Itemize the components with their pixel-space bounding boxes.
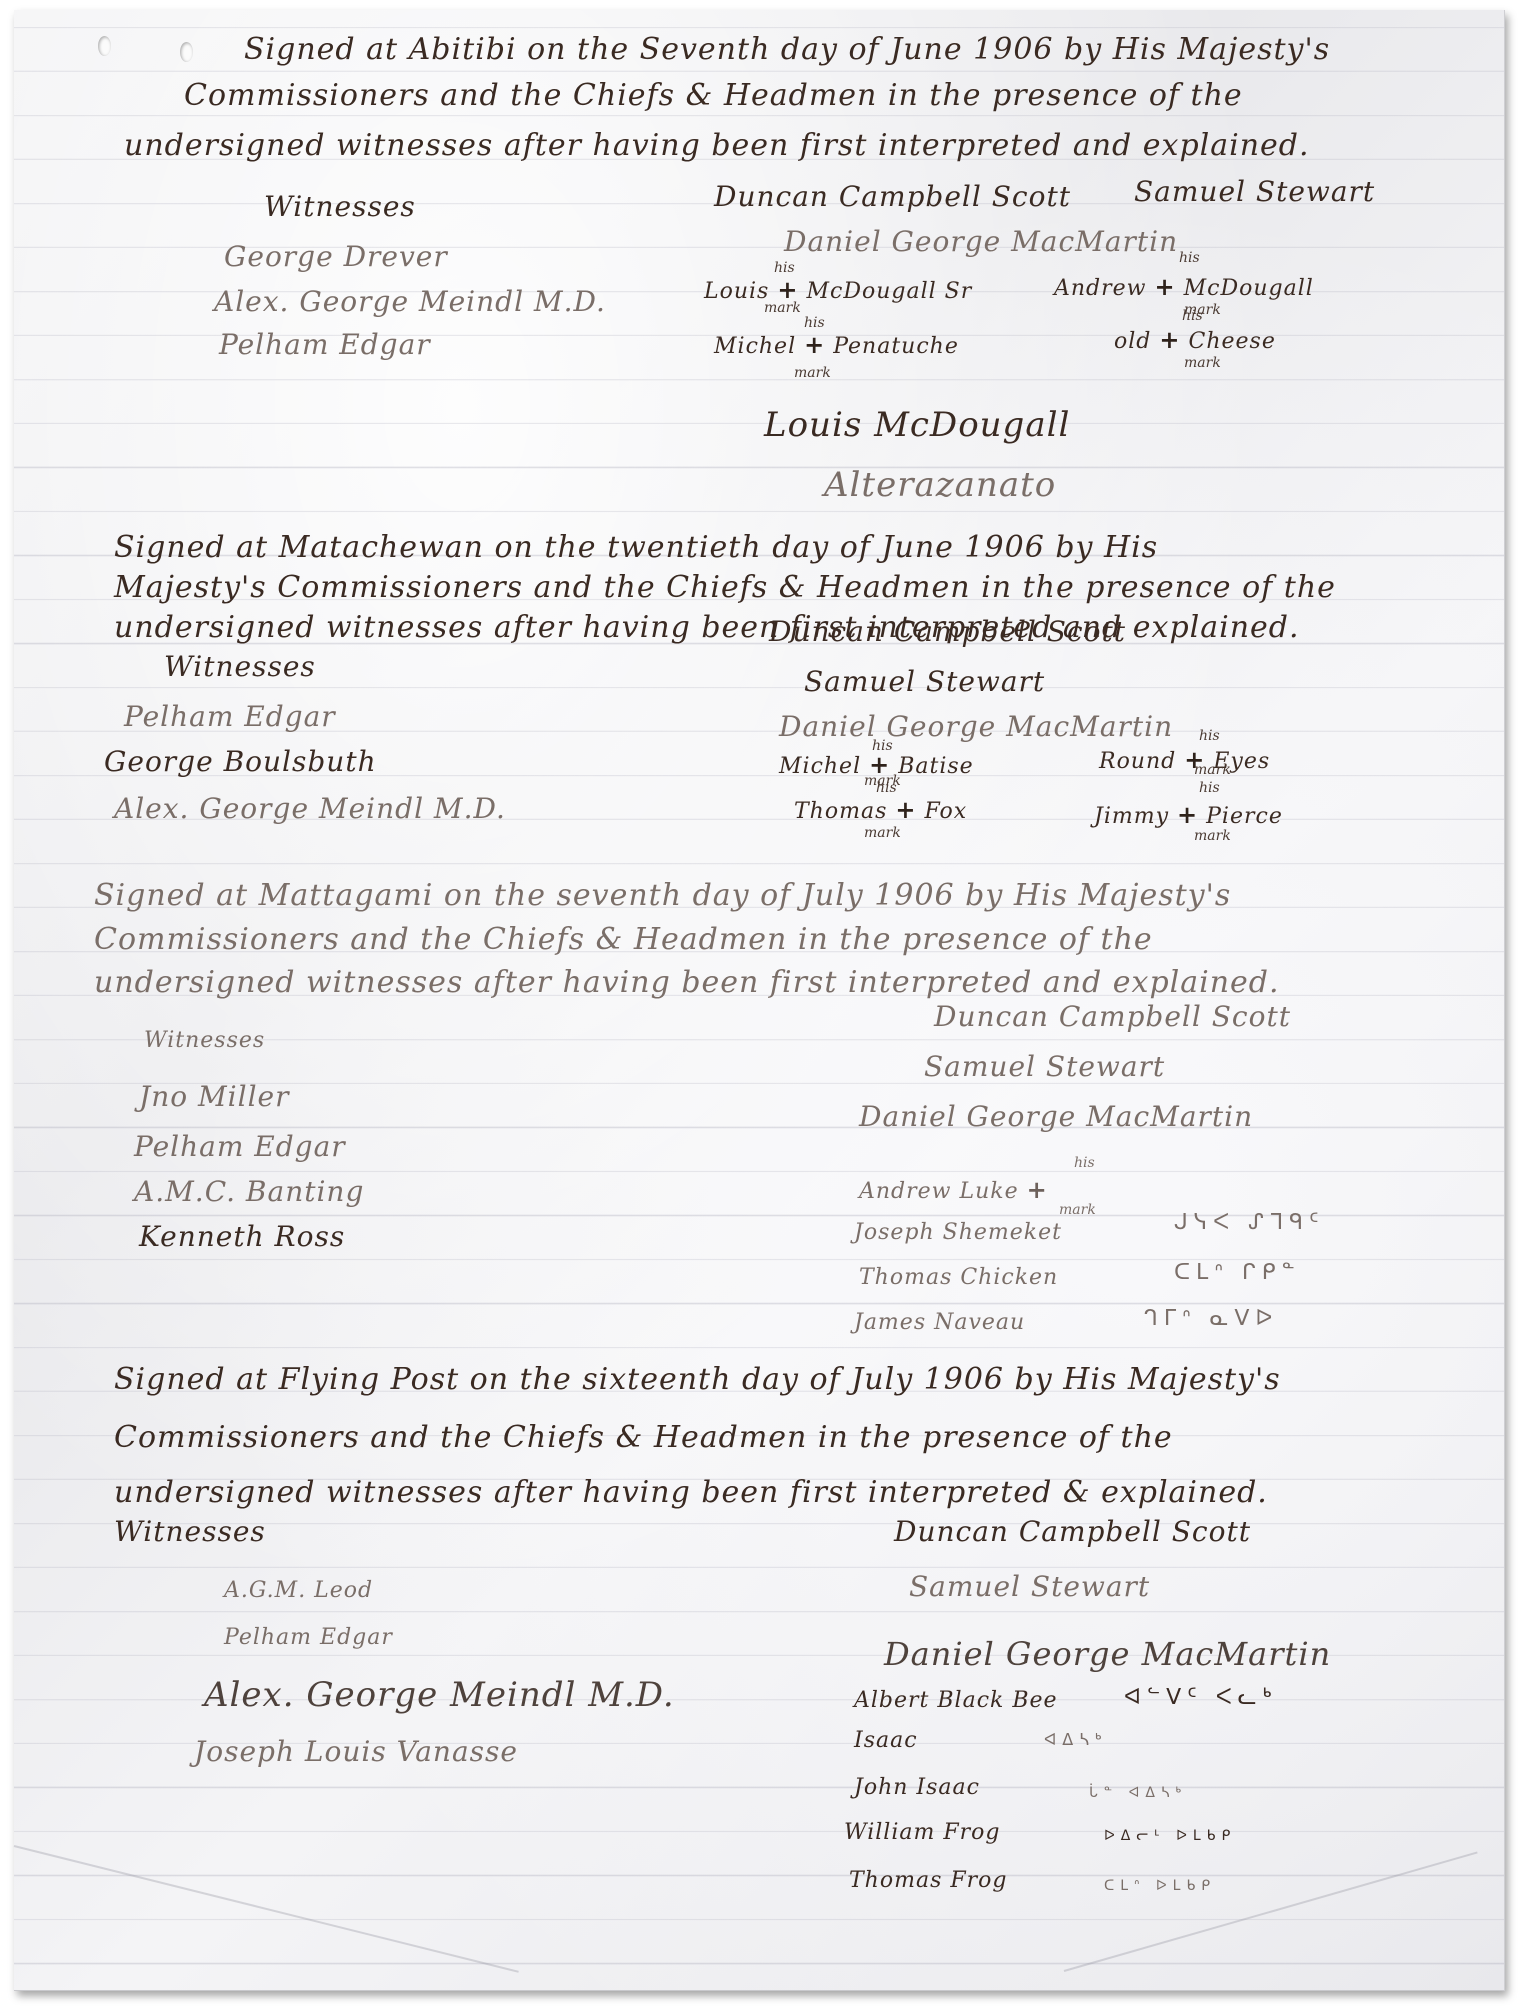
mark-label: mark — [1194, 762, 1231, 778]
paragraph-line: undersigned witnesses after having been … — [114, 1475, 1268, 1510]
paragraph-line: undersigned witnesses after having been … — [124, 128, 1310, 163]
chief-signature: old + Cheese — [1114, 325, 1276, 354]
witness-signature: A.M.C. Banting — [134, 1175, 364, 1208]
his-label: his — [1199, 728, 1220, 744]
witness-signature: Alex. George Meindl M.D. — [214, 285, 606, 318]
paragraph-line: Signed at Mattagami on the seventh day o… — [94, 878, 1231, 913]
mark-label: mark — [864, 825, 901, 841]
witnesses-label: Witnesses — [144, 1028, 265, 1053]
chief-signature: Albert Black Bee — [854, 1688, 1058, 1713]
mark-label: mark — [1194, 828, 1231, 844]
syllabic-signature: ᒑᓐ ᐊᐃᓴᒃ — [1089, 1785, 1187, 1801]
syllabic-signature: ᒍᓭᐸ ᔑᒣᑫᑦ — [1174, 1210, 1325, 1235]
his-label: his — [1179, 250, 1200, 266]
syllabic-signature: ᐅᐃᓕᒻ ᐅᒪᑲᑭ — [1104, 1828, 1236, 1844]
chief-signature: Round + Eyes — [1099, 745, 1270, 774]
paragraph-line: Commissioners and the Chiefs & Headmen i… — [94, 922, 1153, 957]
chief-signature: John Isaac — [854, 1775, 980, 1800]
chief-signature: Thomas Chicken — [859, 1265, 1058, 1290]
paragraph-line: Commissioners and the Chiefs & Headmen i… — [184, 78, 1243, 113]
mark-label: mark — [794, 365, 831, 381]
his-label: his — [1074, 1155, 1095, 1171]
his-label: his — [774, 260, 795, 276]
treaty-document-page: Signed at Abitibi on the Seventh day of … — [14, 10, 1505, 1991]
witness-signature: A.G.M. Leod — [224, 1578, 373, 1603]
his-label: his — [1199, 780, 1220, 796]
commissioner-signature: Daniel George MacMartin — [859, 1100, 1253, 1133]
commissioner-signature: Samuel Stewart — [804, 665, 1045, 698]
chief-signature: Jimmy + Pierce — [1094, 800, 1283, 829]
chief-signature: Andrew Luke + — [859, 1175, 1048, 1204]
his-label: his — [872, 738, 893, 754]
witnesses-label: Witnesses — [114, 1515, 266, 1548]
chief-signature: James Naveau — [854, 1310, 1025, 1335]
chief-signature: Joseph Shemeket — [854, 1220, 1062, 1245]
syllabic-signature: ᑕᒪᐢ ᐅᒪᑲᑭ — [1104, 1878, 1216, 1894]
paragraph-line: Signed at Flying Post on the sixteenth d… — [114, 1362, 1281, 1397]
mark-label: mark — [1059, 1202, 1096, 1218]
paragraph-line: undersigned witnesses after having been … — [94, 965, 1280, 1000]
witness-signature: Kenneth Ross — [139, 1220, 345, 1253]
witness-signature: Joseph Louis Vanasse — [194, 1735, 518, 1768]
commissioner-signature: Duncan Campbell Scott — [714, 180, 1071, 213]
witness-signature: George Drever — [224, 240, 448, 273]
his-label: his — [1182, 308, 1203, 324]
his-label: his — [804, 315, 825, 331]
witness-signature: Pelham Edgar — [224, 1625, 393, 1650]
mark-label: mark — [764, 300, 801, 316]
chief-signature: Michel + Penatuche — [714, 330, 959, 359]
commissioner-signature: Daniel George MacMartin — [784, 225, 1178, 258]
paragraph-line: Commissioners and the Chiefs & Headmen i… — [114, 1420, 1173, 1455]
punch-hole — [98, 36, 111, 56]
his-label: his — [876, 780, 897, 796]
syllabic-signature: ᐊᓪᐯᑦ ᐸᓚᒃ — [1124, 1685, 1277, 1710]
commissioner-signature: Samuel Stewart — [1134, 175, 1375, 208]
chief-signature: Alterazanato — [824, 465, 1056, 505]
witness-signature: Pelham Edgar — [124, 700, 336, 733]
commissioner-signature: Daniel George MacMartin — [884, 1635, 1331, 1673]
commissioner-signature: Duncan Campbell Scott — [934, 1000, 1291, 1033]
chief-signature: Andrew + McDougall — [1054, 272, 1314, 301]
paragraph-line: Signed at Matachewan on the twentieth da… — [114, 530, 1158, 565]
commissioner-signature: Duncan Campbell Scott — [769, 615, 1126, 648]
syllabic-signature: ᐊᐃᓴᒃ — [1044, 1730, 1107, 1749]
witnesses-label: Witnesses — [264, 190, 416, 223]
witness-signature: Jno Miller — [139, 1080, 290, 1113]
witness-signature: Alex. George Meindl M.D. — [114, 792, 506, 825]
witness-signature: Pelham Edgar — [134, 1130, 346, 1163]
punch-hole — [180, 42, 193, 62]
witness-signature: Pelham Edgar — [219, 328, 431, 361]
chief-signature: Thomas + Fox — [794, 795, 967, 824]
commissioner-signature: Samuel Stewart — [924, 1050, 1165, 1083]
witness-signature: Alex. George Meindl M.D. — [204, 1675, 675, 1715]
witness-signature: George Boulsbuth — [104, 745, 377, 778]
commissioner-signature: Samuel Stewart — [909, 1570, 1150, 1603]
syllabic-signature: ᑕᒪᐢ ᒋᑭᓐ — [1174, 1260, 1301, 1285]
chief-signature: William Frog — [844, 1820, 1000, 1845]
chief-signature: Louis + McDougall Sr — [704, 275, 972, 304]
paragraph-line: Signed at Abitibi on the Seventh day of … — [244, 32, 1330, 67]
syllabic-signature: ᒉᒥᐢ ᓇᐯᐅ — [1144, 1306, 1278, 1331]
witnesses-label: Witnesses — [164, 650, 316, 683]
commissioner-signature: Daniel George MacMartin — [779, 710, 1173, 743]
commissioner-signature: Duncan Campbell Scott — [894, 1515, 1251, 1548]
chief-signature: Isaac — [854, 1728, 918, 1753]
chief-signature: Thomas Frog — [849, 1868, 1007, 1893]
chief-signature: Louis McDougall — [764, 405, 1070, 445]
paragraph-line: Majesty's Commissioners and the Chiefs &… — [114, 570, 1336, 605]
mark-label: mark — [1184, 355, 1221, 371]
